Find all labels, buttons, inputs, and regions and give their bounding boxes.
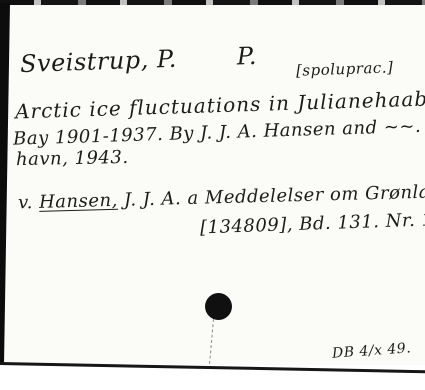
crossref-prefix: v. (18, 192, 33, 213)
title-line-3: havn, 1943. (16, 147, 129, 170)
scan-edge-top (0, 0, 425, 5)
author-name: Sveistrup, P. (20, 45, 178, 78)
author-middle-initial: P. (236, 42, 257, 71)
scanned-catalog-card: Sveistrup, P. P. [spoluprac.] Arctic ice… (0, 0, 425, 390)
punch-hole-dot (205, 293, 232, 320)
collaborator-note: [spoluprac.] (296, 58, 394, 79)
crossref-name: Hansen, (39, 190, 118, 213)
